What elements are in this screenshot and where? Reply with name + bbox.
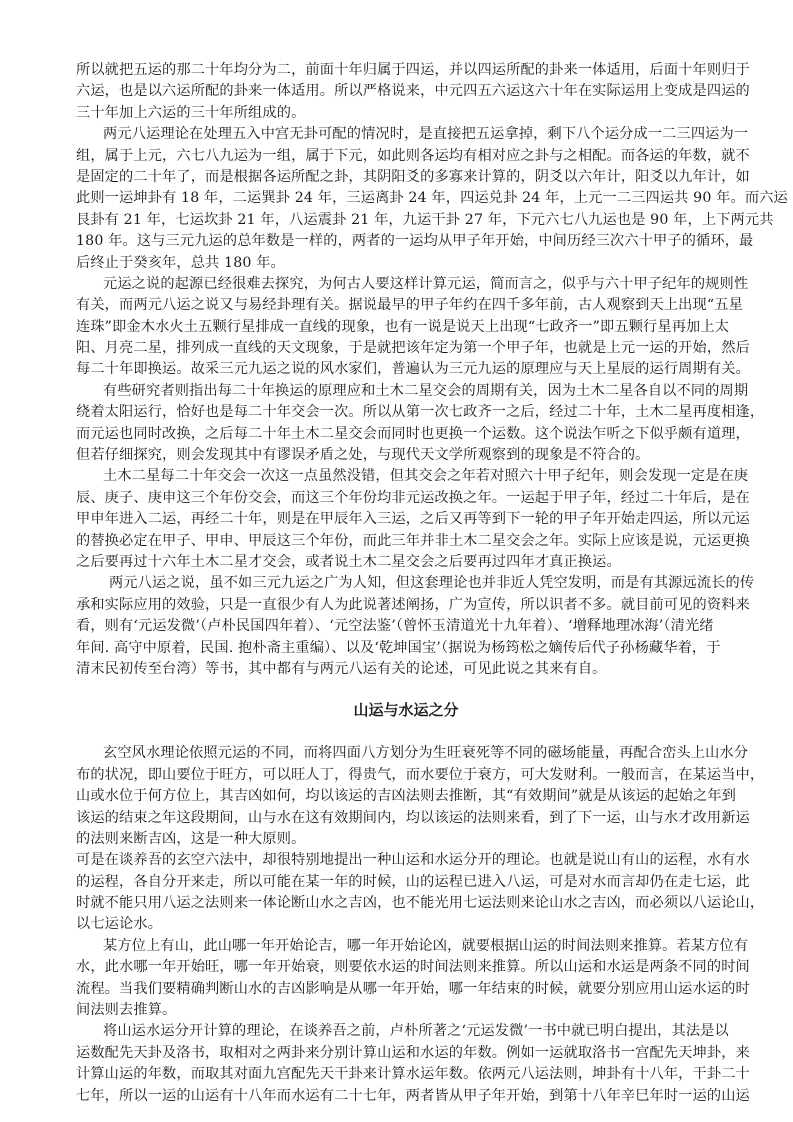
section-shanyun-shuiyun: 玄空风水理论依照元运的不同，而将四面八方划分为生旺衰死等不同的磁场能量，再配合峦… — [76, 743, 736, 1107]
text-line: 看，则有‘元运发微’（卢朴民国四年着）、‘元空法鉴’（曾怀玉清道光十九年着）、‘… — [76, 616, 736, 637]
paragraph-5: 土木二星每二十年交会一次这一点虽然没错，但其交会之年若对照六十甲子纪年，则会发现… — [76, 466, 736, 573]
text-line: 承和实际应用的效验，只是一直很少有人为此说著述阐扬，广为宣传，所以识者不多。就目… — [76, 595, 736, 616]
text-line: 年间. 高守中原着，民国. 抱朴斋主重编）、以及‘乾坤国宝’（据说为杨筠松之嫡传… — [76, 638, 736, 659]
text-line: 两元八运理论在处理五入中宫无卦可配的情况时，是直接把五运拿掉，剩下八个运分成一二… — [76, 124, 736, 145]
text-line: 每二十年即换运。故采三元九运之说的风水家们，普遍认为三元九运的原理应与天上星辰的… — [76, 359, 736, 380]
document-page: 所以就把五运的那二十年均分为二，前面十年归属于四运，并以四运所配的卦来一体适用，… — [76, 60, 736, 1107]
text-line: 阳、月亮二星，排列成一直线的天文现象，于是就把该年定为第一个甲子年，也就是上元一… — [76, 338, 736, 359]
text-line: 甲申年进入二运，再经二十年，则是在甲辰年入三运，之后又再等到下一轮的甲子年开始走… — [76, 509, 736, 530]
text-line: 计算山运的年数，而取其对面九宫配先天干卦来计算水运年数。依两元八运法则，坤卦有十… — [76, 1064, 736, 1085]
text-line: 的替换必定在甲子、甲申、甲辰这三个年份，而此三年并非土木二星交会之年。实际上应该… — [76, 531, 736, 552]
text-line: 但若仔细探究，则会发现其中有谬误矛盾之处，与现代天文学所观察到的现象是不符合的。 — [76, 445, 736, 466]
text-line: 元运之说的起源已经很难去探究，为何古人要这样计算元运，简而言之，似乎与六十甲子纪… — [76, 274, 736, 295]
text-line: 某方位上有山，此山哪一年开始论吉，哪一年开始论凶，就要根据山运的时间法则来推算。… — [76, 936, 736, 957]
text-line: 此则一运坤卦有 18 年，二运巽卦 24 年，三运离卦 24 年，四运兑卦 24… — [76, 188, 736, 209]
text-line: 之后要再过十六年土木二星才交会，或者说土木二星交会之后要再过四年才真正换运。 — [76, 552, 736, 573]
text-line: 辰、庚子、庚申这三个年份交会，而这三个年份均非元运改换之年。一运起于甲子年，经过… — [76, 488, 736, 509]
text-line: 以七运论水。 — [76, 914, 736, 935]
text-line: 艮卦有 21 年，七运坎卦 21 年，八运震卦 21 年，九运干卦 27 年，下… — [76, 210, 736, 231]
text-line: 间法则去推算。 — [76, 1000, 736, 1021]
text-line: 所以就把五运的那二十年均分为二，前面十年归属于四运，并以四运所配的卦来一体适用，… — [76, 60, 736, 81]
text-line: 流程。当我们要精确判断山水的吉凶影响是从哪一年开始，哪一年结束的时候，就要分别应… — [76, 979, 736, 1000]
text-line: 山或水位于何方位上，其吉凶如何，均以该运的吉凶法则去推断，其“有效期间”就是从该… — [76, 786, 736, 807]
text-line: 土木二星每二十年交会一次这一点虽然没错，但其交会之年若对照六十甲子纪年，则会发现… — [76, 466, 736, 487]
text-line: 的法则来断吉凶，这是一种大原则。 — [76, 829, 736, 850]
text-line: 运数配先天卦及洛书，取相对之两卦来分别计算山运和水运的年数。例如一运就取洛书一宫… — [76, 1043, 736, 1064]
text-line: 有关，而两元八运之说又与易经卦理有关。据说最早的甲子年约在四千多年前，古人观察到… — [76, 295, 736, 316]
text-line: 180 年。这与三元九运的总年数是一样的，两者的一运均从甲子年开始，中间历经三次… — [76, 231, 736, 252]
paragraph-1: 所以就把五运的那二十年均分为二，前面十年归属于四运，并以四运所配的卦来一体适用，… — [76, 60, 736, 124]
text-line: 组，属于上元，六七八九运为一组，属于下元，如此则各运均有相对应之卦与之相配。而各… — [76, 146, 736, 167]
text-line: 将山运水运分开计算的理论，在谈养吾之前，卢朴所著之‘元运发微’一书中就已明白提出… — [76, 1021, 736, 1042]
paragraph-4: 有些研究者则指出每二十年换运的原理应和土木二星交会的周期有关，因为土木二星各自以… — [76, 381, 736, 467]
text-line: 而元运也同时改换，之后每二十年土木二星交会而同时也更换一个运数。这个说法乍听之下… — [76, 424, 736, 445]
text-line: 绕着太阳运行，恰好也是每二十年交会一次。所以从第一次七政齐一之后，经过二十年，土… — [76, 402, 736, 423]
paragraph-2: 两元八运理论在处理五入中宫无卦可配的情况时，是直接把五运拿掉，剩下八个运分成一二… — [76, 124, 736, 274]
text-line: 两元八运之说，虽不如三元九运之广为人知，但这套理论也并非近人凭空发明，而是有其源… — [76, 573, 736, 594]
text-line: 可是在谈养吾的玄空六法中，却很特别地提出一种山运和水运分开的理论。也就是说山有山… — [76, 850, 736, 871]
text-line: 有些研究者则指出每二十年换运的原理应和土木二星交会的周期有关，因为土木二星各自以… — [76, 381, 736, 402]
paragraph-10: 将山运水运分开计算的理论，在谈养吾之前，卢朴所著之‘元运发微’一书中就已明白提出… — [76, 1021, 736, 1107]
text-line: 时就不能只用八运之法则来一体论断山水之吉凶，也不能光用七运法则来论山水之吉凶，而… — [76, 893, 736, 914]
section-yuanyun: 所以就把五运的那二十年均分为二，前面十年归属于四运，并以四运所配的卦来一体适用，… — [76, 60, 736, 680]
text-line: 连珠”即金木水火土五颗行星排成一直线的现象，也有一说是说天上出现“七政齐一”即五… — [76, 317, 736, 338]
paragraph-8: 可是在谈养吾的玄空六法中，却很特别地提出一种山运和水运分开的理论。也就是说山有山… — [76, 850, 736, 936]
text-line: 水，此水哪一年开始旺，哪一年开始衰，则要依水运的时间法则来推算。所以山运和水运是… — [76, 957, 736, 978]
text-line: 布的状况，即山要位于旺方，可以旺人丁，得贵气，而水要位于衰方，可大发财利。一般而… — [76, 765, 736, 786]
text-line: 玄空风水理论依照元运的不同，而将四面八方划分为生旺衰死等不同的磁场能量，再配合峦… — [76, 743, 736, 764]
section-heading: 山运与水运之分 — [76, 700, 736, 721]
paragraph-7: 玄空风水理论依照元运的不同，而将四面八方划分为生旺衰死等不同的磁场能量，再配合峦… — [76, 743, 736, 850]
text-line: 后终止于癸亥年，总共 180 年。 — [76, 253, 736, 274]
text-line: 三十年加上六运的三十年所组成的。 — [76, 103, 736, 124]
text-line: 该运的结束之年这段期间，山与水在这有效期间内，均以该运的法则来看，到了下一运，山… — [76, 808, 736, 829]
text-line: 的运程，各自分开来走，所以可能在某一年的时候，山的运程已进入八运，可是对水而言却… — [76, 872, 736, 893]
paragraph-6: 两元八运之说，虽不如三元九运之广为人知，但这套理论也并非近人凭空发明，而是有其源… — [76, 573, 736, 680]
text-line: 是固定的二十年了，而是根据各运所配之卦，其阴阳爻的多寡来计算的，阴爻以六年计，阳… — [76, 167, 736, 188]
text-line: 六运，也是以六运所配的卦来一体适用。所以严格说来，中元四五六运这六十年在实际运用… — [76, 81, 736, 102]
paragraph-9: 某方位上有山，此山哪一年开始论吉，哪一年开始论凶，就要根据山运的时间法则来推算。… — [76, 936, 736, 1022]
paragraph-3: 元运之说的起源已经很难去探究，为何古人要这样计算元运，简而言之，似乎与六十甲子纪… — [76, 274, 736, 381]
text-line: 清末民初传至台湾）等书，其中都有与两元八运有关的论述，可见此说之其来有自。 — [76, 659, 736, 680]
text-line: 七年，所以一运的山运有十八年而水运有二十七年，两者皆从甲子年开始，到第十八年辛巳… — [76, 1086, 736, 1107]
